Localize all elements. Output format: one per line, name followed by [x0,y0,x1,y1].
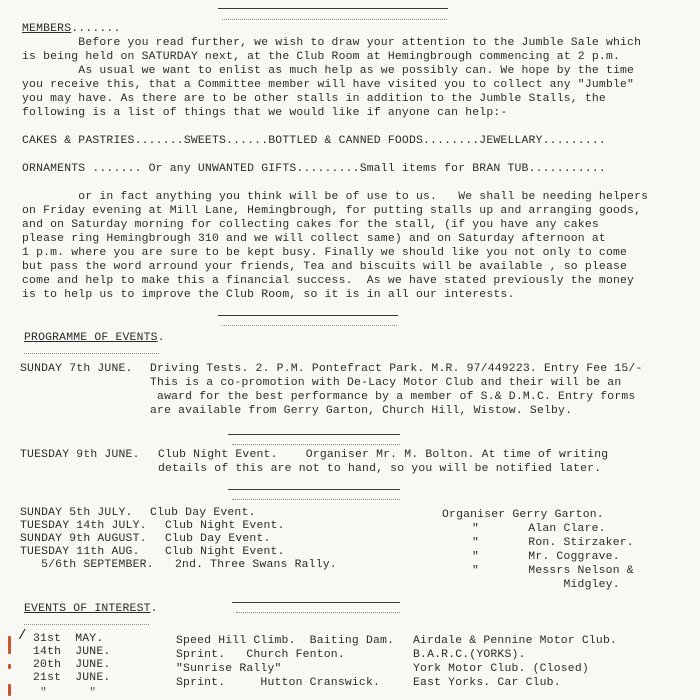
interest-date: 31st MAY. [33,632,103,646]
section-solid-rule [218,315,398,316]
events-of-interest-heading: EVENTS OF INTEREST [24,603,151,615]
event-detail-line: award for the best performance by a memb… [150,390,635,404]
interest-date: 14th JUNE. [33,645,110,659]
top-dotted-rule [222,19,447,20]
interest-club: Airdale & Pennine Motor Club. [413,634,617,648]
events-of-interest-heading-trail: . [151,603,158,615]
para2-line-2: on Friday evening at Mill Lane, Hemingbr… [22,204,641,218]
members-heading: MEMBERS [22,23,71,35]
interest-club: York Motor Club. (Closed) [413,662,589,676]
schedule-date: SUNDAY 5th JULY. [20,506,133,520]
section-dotted-rule [222,325,397,326]
red-margin-mark [8,664,11,669]
para2-line-6: but pass the word arround your friends, … [22,260,627,274]
red-margin-mark [8,636,11,654]
programme-heading-dots [24,353,159,354]
para2-line-7: come and help to make this a financial s… [22,274,634,288]
interest-event: Sprint. Hutton Cranswick. [176,676,380,690]
schedule-event: Club Night Event. [165,519,285,533]
interest-event: "Sunrise Rally" [176,662,282,676]
schedule-event: 2nd. Three Swans Rally. [175,558,337,572]
interest-separator-dotted [236,612,400,613]
event-detail-line: Driving Tests. 2. P.M. Pontefract Park. … [150,362,643,376]
top-solid-rule [218,8,448,9]
schedule-organiser: " Alan Clare. [472,522,606,536]
programme-heading-line: PROGRAMME OF EVENTS. [24,331,165,345]
schedule-organiser: " Messrs Nelson & [472,564,634,578]
typewritten-newsletter-page: MEMBERS....... Before you read further, … [0,0,700,700]
para2-line-4: please ring Hemingbrough 310 and we will… [22,232,606,246]
jumble-items-list-2: ORNAMENTS ....... Or any UNWANTED GIFTS.… [22,162,606,176]
para2-line-8: is to help us to improve the Club Room, … [22,288,515,302]
slash-mark-icon: / [18,628,26,644]
schedule-event: Club Day Event. [165,532,271,546]
schedule-date: TUESDAY 11th AUG. [20,545,140,559]
interest-club: East Yorks. Car Club. [413,676,561,690]
interest-date: " " [33,686,96,700]
interest-event: Sprint. Church Fenton. [176,648,345,662]
event-separator-dotted [232,444,400,445]
schedule-date: SUNDAY 9th AUGUST. [20,532,147,546]
schedule-date: 5/6th SEPTEMBER. [20,558,154,572]
events-of-interest-heading-dots [24,624,149,625]
event-date: SUNDAY 7th JUNE. [20,362,133,376]
schedule-organiser: " Mr. Coggrave. [472,550,620,564]
schedule-organiser: " Ron. Stirzaker. [472,536,634,550]
para1-line-3: As usual we want to enlist as much help … [22,64,634,78]
event-separator-dotted [232,499,400,500]
para1-line-1: Before you read further, we wish to draw… [22,36,641,50]
event-date: TUESDAY 9th JUNE. [20,448,140,462]
para1-line-6: following is a list of things that we wo… [22,106,507,120]
interest-separator-solid [232,602,400,603]
schedule-organiser: Midgley. [472,578,620,592]
event-separator-solid [228,489,400,490]
red-margin-mark [8,684,11,696]
members-heading-line: MEMBERS....... [22,22,121,36]
para2-line-1: or in fact anything you think will be of… [22,190,648,204]
jumble-items-list-1: CAKES & PASTRIES.......SWEETS......BOTTL… [22,134,606,148]
interest-date: 20th JUNE. [33,658,110,672]
event-detail-line: details of this are not to hand, so you … [158,462,601,476]
para1-line-2: is being held on SATURDAY next, at the C… [22,50,620,64]
programme-heading-trail: . [158,332,165,344]
event-detail-line: Club Night Event. Organiser Mr. M. Bolto… [158,448,608,462]
event-separator-solid [228,434,400,435]
members-heading-trail: ....... [71,23,120,35]
interest-date: 21st JUNE. [33,671,110,685]
schedule-date: TUESDAY 14th JULY. [20,519,147,533]
schedule-event: Club Day Event. [150,506,256,520]
para2-line-3: and on Saturday morning for collecting c… [22,218,599,232]
event-detail-line: This is a co-promotion with De-Lacy Moto… [150,376,621,390]
para1-line-5: you may have. As there are to be other s… [22,92,606,106]
programme-heading: PROGRAMME OF EVENTS [24,332,158,344]
interest-club: B.A.R.C.(YORKS). [413,648,526,662]
para2-line-5: 1 p.m. where you are sure to be kept bus… [22,246,627,260]
event-detail-line: are available from Gerry Garton, Church … [150,404,572,418]
schedule-event: Club Night Event. [165,545,285,559]
events-of-interest-heading-line: EVENTS OF INTEREST. [24,602,158,616]
para1-line-4: you receive this, that a Committee membe… [22,78,634,92]
schedule-organiser: Organiser Gerry Garton. [442,508,604,522]
interest-event: Speed Hill Climb. Baiting Dam. [176,634,394,648]
